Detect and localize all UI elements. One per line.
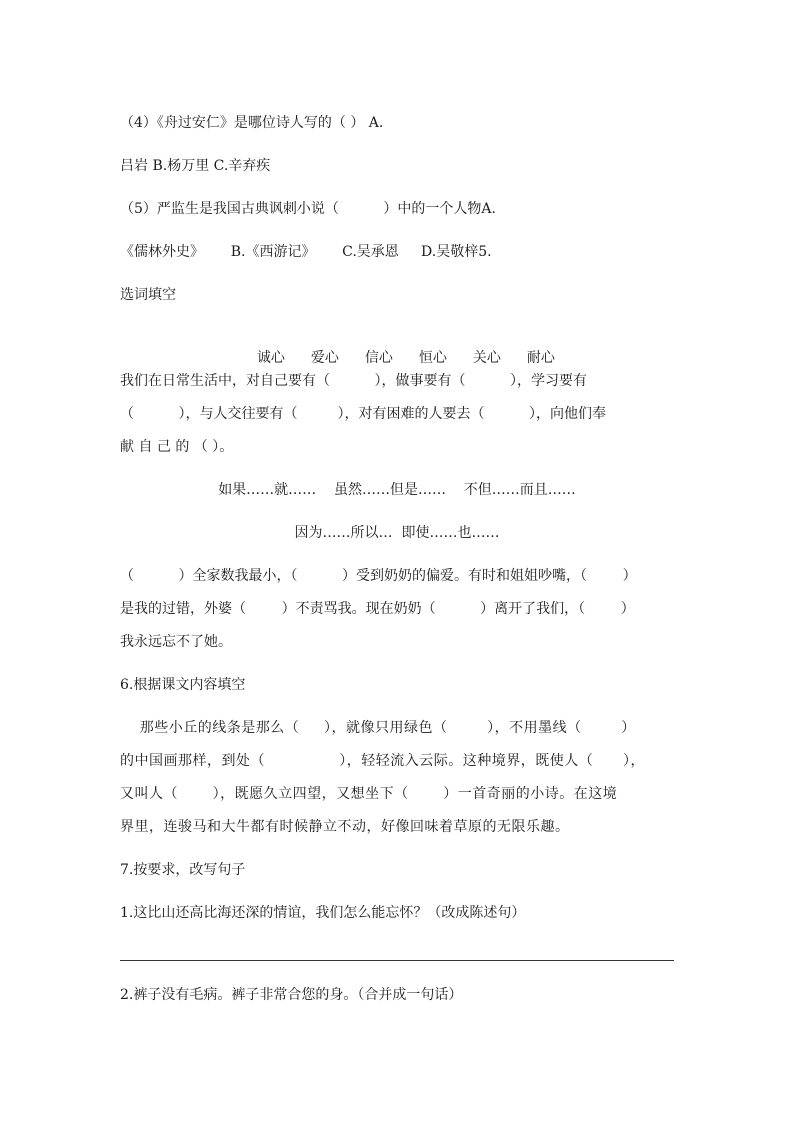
section-7-title: 7.按要求，改写句子 [120, 860, 245, 880]
word-bank-item: 关心 [473, 348, 501, 368]
fill-paragraph-1-line-2: （ ），与人交往要有（ ），对有困难的人要去（ ），向他们奉 [120, 404, 606, 424]
section-6-paragraph-line-3: 又叫人（ ），既愿久立四望，又想坐下（ ）一首奇丽的小诗。在这境 [120, 784, 617, 804]
question-5-line-1: （5）严监生是我国古典讽刺小说（ ）中的一个人物A. [120, 199, 496, 219]
section-6-title: 6.根据课文内容填空 [120, 675, 245, 695]
question-5-line-2: 《儒林外史》 B.《西游记》 C.吴承恩 D.吴敬梓5. [120, 242, 492, 262]
question-4-line-1: （4）《舟过安仁》是哪位诗人写的（ ） A. [120, 113, 383, 133]
fill-paragraph-1-line-1: 我们在日常生活中，对自己要有（ ），做事要有（ ），学习要有 [120, 371, 587, 391]
word-bank-item: 信心 [365, 348, 393, 368]
section-7-item-1: 1.这比山还高比海还深的情谊，我们怎么能忘怀？（改成陈述句） [120, 903, 525, 923]
fill-paragraph-1-line-3: 献 自 己 的 （ ）。 [120, 437, 233, 457]
answer-line[interactable] [120, 960, 674, 961]
section-5-title: 选词填空 [120, 285, 176, 305]
conjunction-bank-row-2: 因为……所以… 即使……也…… [0, 523, 794, 543]
fill-paragraph-2-line-3: 我永远忘不了她。 [120, 632, 232, 652]
word-bank-item: 诚心 [257, 348, 285, 368]
word-bank-item: 耐心 [527, 348, 555, 368]
question-4-line-2: 吕岩 B.杨万里 C.辛弃疾 [120, 156, 270, 176]
conjunction-bank-row-1: 如果……就…… 虽然……但是…… 不但……而且…… [0, 480, 794, 500]
section-6-paragraph-line-1: 那些小丘的线条是那么（ ），就像只用绿色（ ），不用墨线（ ） [120, 718, 636, 738]
fill-paragraph-2-line-2: 是我的过错，外婆（ ）不责骂我。现在奶奶（ ）离开了我们，（ ） [120, 599, 635, 619]
word-bank-item: 爱心 [311, 348, 339, 368]
section-7-item-2: 2.裤子没有毛病。裤子非常合您的身。（合并成一句话） [120, 985, 462, 1005]
fill-paragraph-2-line-1: （ ）全家数我最小，（ ）受到奶奶的偏爱。有时和姐姐吵嘴，（ ） [120, 566, 637, 586]
word-bank-item: 恒心 [419, 348, 447, 368]
section-6-paragraph-line-4: 界里，连骏马和大牛都有时候静立不动，好像回味着草原的无限乐趣。 [120, 817, 570, 837]
section-6-paragraph-line-2: 的中国画那样，到处（ ），轻轻流入云际。这种境界，既使人（ ）， [120, 751, 645, 771]
